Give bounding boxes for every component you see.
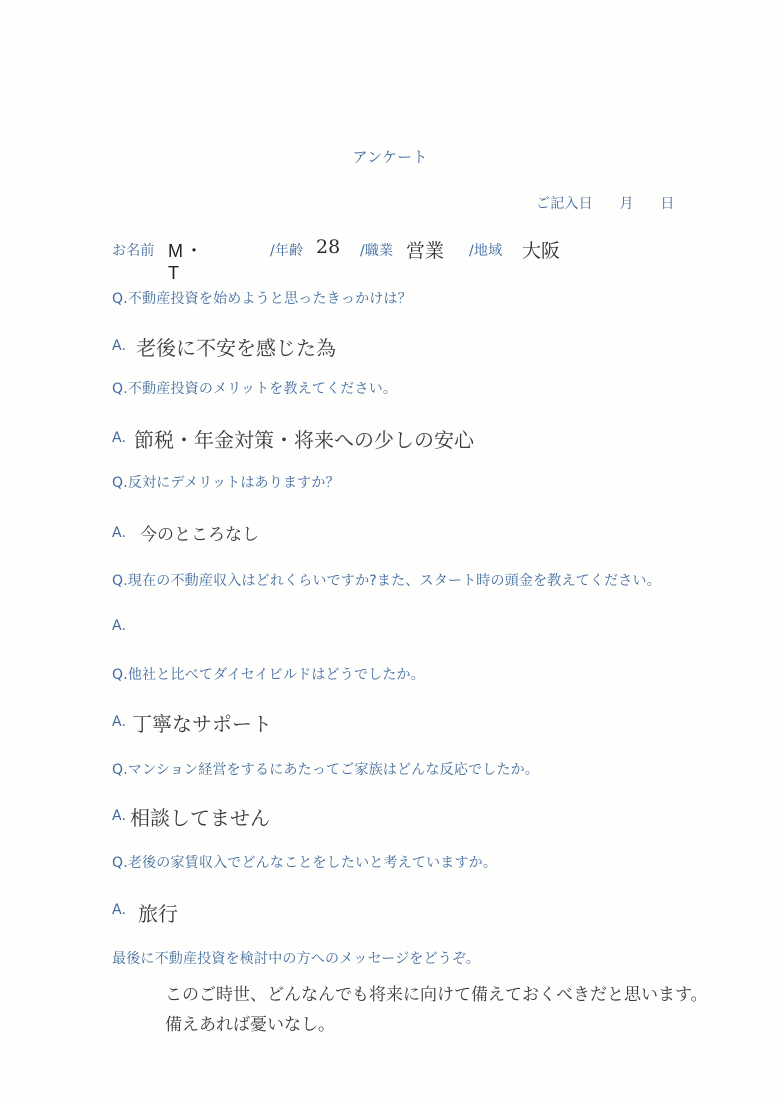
- occupation-value: 営業: [406, 236, 444, 263]
- answer-5: 丁寧なサポート: [132, 708, 272, 737]
- question-5: Q.他社と比べてダイセイビルドはどうでしたか。: [112, 664, 425, 684]
- age-label: /年齢: [270, 240, 303, 260]
- name-value: M・T: [168, 237, 205, 284]
- question-2: Q.不動産投資のメリットを教えてください。: [112, 378, 397, 398]
- entry-date-day-label: 日: [660, 193, 674, 213]
- question-7: Q.老後の家賃収入でどんなことをしたいと考えていますか。: [112, 852, 497, 872]
- entry-date-month-label: 月: [619, 193, 633, 213]
- question-3: Q.反対にデメリットはありますか？: [112, 472, 340, 492]
- form-title: アンケート: [0, 146, 780, 167]
- question-4: Q.現在の不動産収入はどれくらいですか?また、スタート時の頭金を教えてください。: [112, 570, 661, 590]
- answer-1-prefix: A.: [112, 338, 126, 354]
- question-6: Q.マンション経営をするにあたってご家族はどんな反応でしたか。: [112, 759, 539, 779]
- entry-date-label: ご記入日: [536, 193, 593, 213]
- occupation-label: /職業: [360, 240, 393, 260]
- answer-2-prefix: A.: [112, 430, 126, 446]
- message-line-1: このご時世、どんなんでも将来に向けて備えておくべきだと思います。: [165, 980, 708, 1005]
- answer-2: 節税・年金対策・将来への少しの安心: [134, 424, 474, 453]
- message-prompt: 最後に不動産投資を検討中の方へのメッセージをどうぞ。: [112, 948, 480, 968]
- answer-4-prefix: A.: [112, 618, 126, 634]
- name-label: お名前: [112, 240, 155, 260]
- answer-1: 老後に不安を感じた為: [136, 332, 336, 361]
- answer-5-prefix: A.: [112, 714, 126, 730]
- answer-3-prefix: A.: [112, 525, 126, 541]
- answer-6-prefix: A.: [112, 808, 126, 824]
- region-label: /地域: [469, 240, 502, 260]
- entry-date-row: ご記入日 月 日: [536, 193, 675, 213]
- question-1: Q.不動産投資を始めようと思ったきっかけは？: [112, 288, 412, 308]
- message-line-2: 備えあれば憂いなし。: [165, 1010, 335, 1035]
- age-value: 28: [316, 236, 340, 258]
- region-value: 大阪: [522, 236, 560, 263]
- answer-7-prefix: A.: [112, 902, 126, 918]
- answer-7: 旅行: [138, 898, 178, 927]
- answer-3: 今のところなし: [140, 520, 259, 545]
- questionnaire-page: アンケート ご記入日 月 日 お名前 M・T /年齢 28 /職業 営業 /地域…: [0, 0, 780, 1104]
- answer-6: 相談してません: [130, 802, 270, 831]
